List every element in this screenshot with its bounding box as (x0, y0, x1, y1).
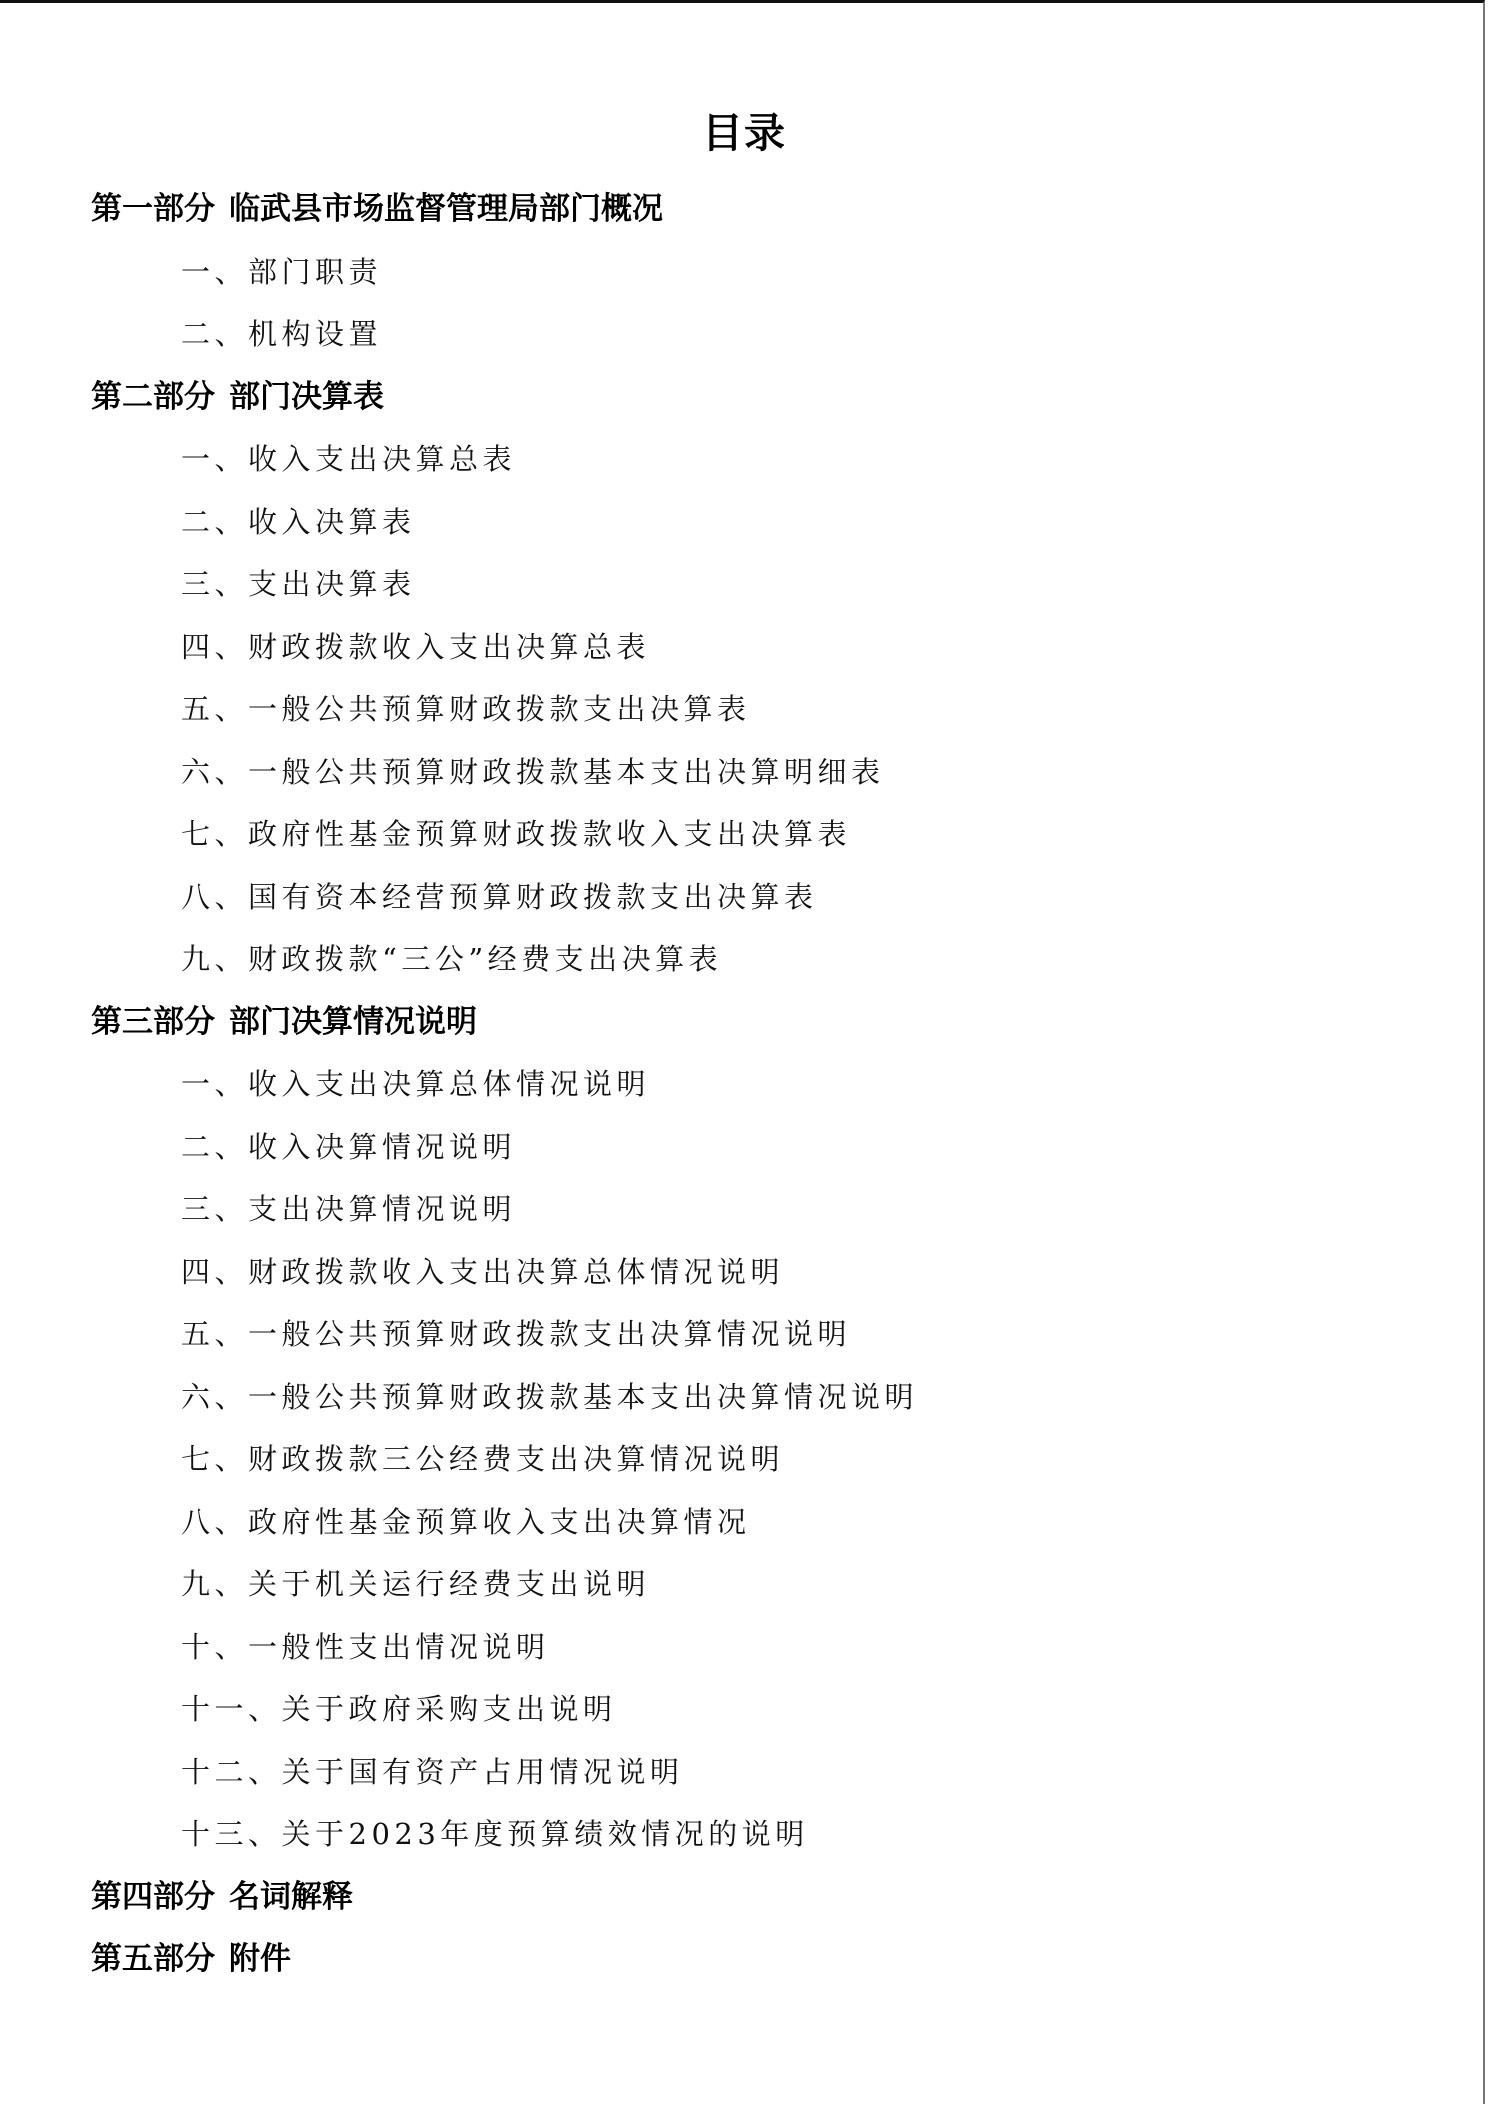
part-number: 第三部分 (91, 991, 215, 1054)
toc-item[interactable]: 三、支出决算情况说明 (0, 1178, 1480, 1241)
toc-part-2[interactable]: 第二部分部门决算表 (0, 366, 1480, 429)
toc-item[interactable]: 十、一般性支出情况说明 (0, 1616, 1480, 1679)
toc-part-4[interactable]: 第四部分名词解释 (0, 1866, 1480, 1929)
toc-item[interactable]: 一、部门职责 (0, 241, 1480, 304)
part-label: 名词解释 (229, 1879, 353, 1915)
toc-item[interactable]: 四、财政拨款收入支出决算总表 (0, 616, 1480, 679)
toc-item[interactable]: 一、收入支出决算总体情况说明 (0, 1053, 1480, 1116)
toc-item[interactable]: 七、财政拨款三公经费支出决算情况说明 (0, 1428, 1480, 1491)
toc-item[interactable]: 五、一般公共预算财政拨款支出决算表 (0, 678, 1480, 741)
toc-item[interactable]: 十二、关于国有资产占用情况说明 (0, 1741, 1480, 1804)
toc-part-3[interactable]: 第三部分部门决算情况说明 (0, 991, 1480, 1054)
toc-part-5[interactable]: 第五部分附件 (0, 1928, 1480, 1991)
toc-item[interactable]: 二、收入决算情况说明 (0, 1116, 1480, 1179)
toc-item[interactable]: 二、机构设置 (0, 303, 1480, 366)
toc-item[interactable]: 八、政府性基金预算收入支出决算情况 (0, 1491, 1480, 1554)
part-number: 第二部分 (91, 366, 215, 429)
toc-item[interactable]: 九、财政拨款“三公”经费支出决算表 (0, 928, 1480, 991)
toc-title: 目录 (0, 107, 1488, 159)
toc-item[interactable]: 十一、关于政府采购支出说明 (0, 1678, 1480, 1741)
toc-item[interactable]: 十三、关于2023年度预算绩效情况的说明 (0, 1803, 1480, 1866)
part-number: 第五部分 (91, 1928, 215, 1991)
part-label: 部门决算情况说明 (229, 1004, 477, 1040)
toc-item[interactable]: 六、一般公共预算财政拨款基本支出决算情况说明 (0, 1366, 1480, 1429)
part-number: 第一部分 (91, 178, 215, 241)
toc-item[interactable]: 二、收入决算表 (0, 491, 1480, 554)
toc-item[interactable]: 六、一般公共预算财政拨款基本支出决算明细表 (0, 741, 1480, 804)
toc-item[interactable]: 九、关于机关运行经费支出说明 (0, 1553, 1480, 1616)
toc-item[interactable]: 一、收入支出决算总表 (0, 428, 1480, 491)
toc-item[interactable]: 三、支出决算表 (0, 553, 1480, 616)
toc-item[interactable]: 五、一般公共预算财政拨款支出决算情况说明 (0, 1303, 1480, 1366)
part-label: 部门决算表 (229, 379, 384, 415)
part-label: 附件 (229, 1941, 291, 1977)
toc-item[interactable]: 八、国有资本经营预算财政拨款支出决算表 (0, 866, 1480, 929)
toc-part-1[interactable]: 第一部分临武县市场监督管理局部门概况 (0, 178, 1480, 241)
part-number: 第四部分 (91, 1866, 215, 1929)
part-label: 临武县市场监督管理局部门概况 (229, 191, 663, 227)
table-of-contents: 第一部分临武县市场监督管理局部门概况 一、部门职责 二、机构设置 第二部分部门决… (0, 178, 1480, 1991)
document-page: 目录 第一部分临武县市场监督管理局部门概况 一、部门职责 二、机构设置 第二部分… (0, 0, 1485, 2104)
toc-item[interactable]: 四、财政拨款收入支出决算总体情况说明 (0, 1241, 1480, 1304)
toc-item[interactable]: 七、政府性基金预算财政拨款收入支出决算表 (0, 803, 1480, 866)
